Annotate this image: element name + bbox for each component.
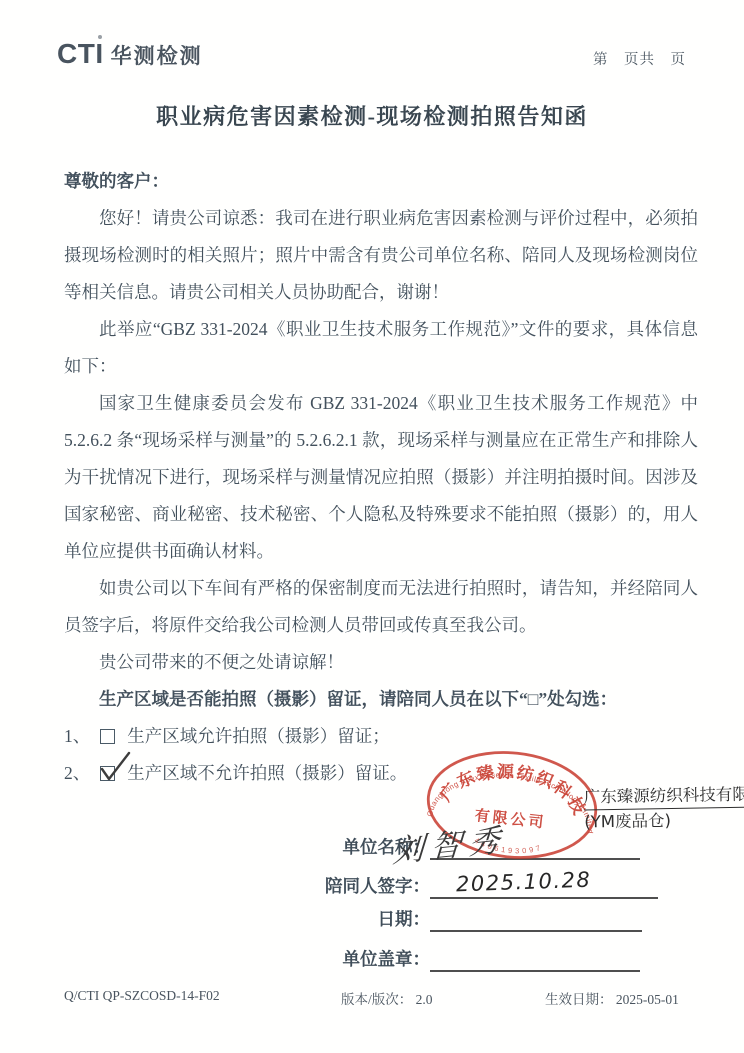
document-page: CTI 华测检测 第 页共 页 职业病危害因素检测-现场检测拍照告知函 尊敬的客… bbox=[0, 0, 744, 1053]
handwritten-company-line2: (YM废品仓) bbox=[584, 807, 744, 833]
signature-form: 单位名称： 陪同人签字： 日期： 单位盖章： bbox=[64, 812, 698, 972]
signer-row: 陪同人签字： bbox=[64, 860, 698, 899]
footer-effective-value: 2025-05-01 bbox=[616, 992, 679, 1007]
paragraph: 国家卫生健康委员会发布 GBZ 331-2024《职业卫生技术服务工作规范》中 … bbox=[64, 385, 698, 570]
option-allow-photo: 1、生产区域允许拍照（摄影）留证； bbox=[64, 718, 698, 755]
date-label: 日期： bbox=[64, 906, 430, 932]
checkbox-checked[interactable] bbox=[100, 766, 115, 781]
option-label: 生产区域允许拍照（摄影）留证； bbox=[127, 726, 390, 746]
date-line[interactable] bbox=[430, 930, 642, 932]
footer-version-label: 版本/版次： bbox=[341, 992, 412, 1007]
seal-line[interactable] bbox=[430, 970, 640, 972]
paragraph: 您好！请贵公司谅悉：我司在进行职业病危害因素检测与评价过程中，必须拍摄现场检测时… bbox=[64, 200, 698, 311]
date-row: 日期： bbox=[64, 899, 698, 932]
signer-label: 陪同人签字： bbox=[64, 873, 430, 899]
footer-effective-label: 生效日期： bbox=[545, 992, 613, 1007]
checkbox-unchecked[interactable] bbox=[100, 729, 115, 744]
seal-label: 单位盖章： bbox=[64, 946, 430, 972]
handwritten-date: 2025.10.28 bbox=[456, 868, 592, 897]
option-number: 2、 bbox=[64, 763, 90, 783]
paragraph: 如贵公司以下车间有严格的保密制度而无法进行拍照时，请告知，并经陪同人员签字后，将… bbox=[64, 570, 698, 644]
footer-version-value: 2.0 bbox=[416, 992, 433, 1007]
footer-version: 版本/版次： 2.0 bbox=[341, 988, 545, 1008]
page-indicator: 第 页共 页 bbox=[593, 48, 686, 69]
salutation: 尊敬的客户： bbox=[64, 163, 698, 200]
paragraph: 此举应“GBZ 331-2024《职业卫生技术服务工作规范》”文件的要求，具体信… bbox=[64, 311, 698, 385]
cti-logo-text: CTI bbox=[57, 40, 104, 68]
logo-dot-icon bbox=[98, 35, 102, 39]
handwritten-company-line1: 广东臻源纺织科技有限公司 bbox=[584, 782, 744, 810]
unit-name-label: 单位名称： bbox=[64, 834, 430, 860]
cti-logo: CTI 华测检测 bbox=[57, 40, 203, 70]
signer-line[interactable] bbox=[430, 897, 658, 899]
footer-doc-code: Q/CTI QP-SZCOSD-14-F02 bbox=[64, 988, 341, 1008]
footer: Q/CTI QP-SZCOSD-14-F02 版本/版次： 2.0 生效日期： … bbox=[64, 988, 700, 1008]
cti-logo-chinese: 华测检测 bbox=[111, 40, 203, 70]
option-number: 1、 bbox=[64, 726, 90, 746]
header: CTI 华测检测 第 页共 页 bbox=[0, 0, 744, 70]
handwritten-company-name: 广东臻源纺织科技有限公司 (YM废品仓) bbox=[584, 782, 744, 833]
letter-body: 尊敬的客户： 您好！请贵公司谅悉：我司在进行职业病危害因素检测与评价过程中，必须… bbox=[0, 131, 744, 972]
checkbox-prompt: 生产区域是否能拍照（摄影）留证，请陪同人员在以下“□”处勾选： bbox=[64, 681, 698, 718]
page-title: 职业病危害因素检测-现场检测拍照告知函 bbox=[0, 100, 744, 131]
footer-effective-date: 生效日期： 2025-05-01 bbox=[545, 988, 700, 1008]
option-label: 生产区域不允许拍照（摄影）留证。 bbox=[127, 763, 407, 783]
seal-row: 单位盖章： bbox=[64, 932, 698, 972]
paragraph: 贵公司带来的不便之处请谅解！ bbox=[64, 644, 698, 681]
